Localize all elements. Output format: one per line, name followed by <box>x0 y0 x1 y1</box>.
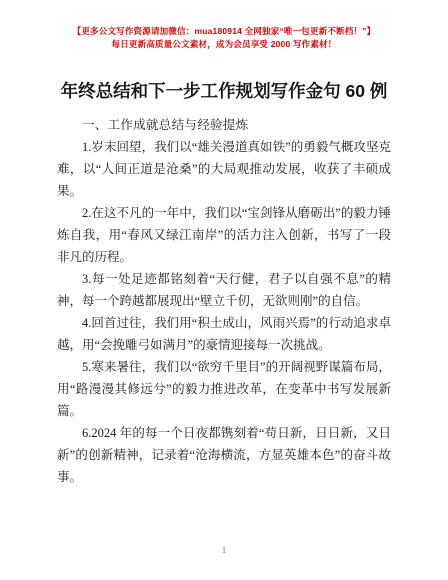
section-heading: 一、工作成就总结与经验提炼 <box>57 114 391 136</box>
page-number: 1 <box>0 546 448 556</box>
body-paragraph-1: 1.岁末回望，我们以“雄关漫道真如铁”的勇毅气概攻坚克难，以“人间正道是沧桑”的… <box>57 136 391 202</box>
body-paragraph-5: 5.寒来暑往，我们以“欲穷千里目”的开阔视野谋篇布局，用“路漫漫其修远兮”的毅力… <box>57 356 391 422</box>
promo-header-line2: 每日更新高质量公文素材，成为会员享受 2000 写作素材！ <box>0 38 448 51</box>
document-title: 年终总结和下一步工作规划写作金句 60 例 <box>0 80 448 102</box>
body-paragraph-2: 2.在这不凡的一年中，我们以“宝剑锋从磨砺出”的毅力锤炼自我，用“春风又绿江南岸… <box>57 202 391 268</box>
document-page: 【更多公文写作资源请加微信：mua180914 全网独家“唯一包更新不断档！”】… <box>0 0 448 580</box>
body-paragraph-6: 6.2024 年的每一个日夜都镌刻着“苟日新，日日新，又日新”的创新精神，记录着… <box>57 422 391 488</box>
promo-header: 【更多公文写作资源请加微信：mua180914 全网独家“唯一包更新不断档！”】… <box>0 0 448 50</box>
promo-header-line1: 【更多公文写作资源请加微信：mua180914 全网独家“唯一包更新不断档！”】 <box>0 25 448 38</box>
body-paragraph-3: 3.每一处足迹都铭刻着“天行健，君子以自强不息”的精神，每一个跨越都展现出“壁立… <box>57 268 391 312</box>
body-paragraph-4: 4.回首过往，我们用“积土成山，风雨兴焉”的行动追求卓越，用“会挽雕弓如满月”的… <box>57 312 391 356</box>
document-body: 一、工作成就总结与经验提炼 1.岁末回望，我们以“雄关漫道真如铁”的勇毅气概攻坚… <box>57 114 391 488</box>
